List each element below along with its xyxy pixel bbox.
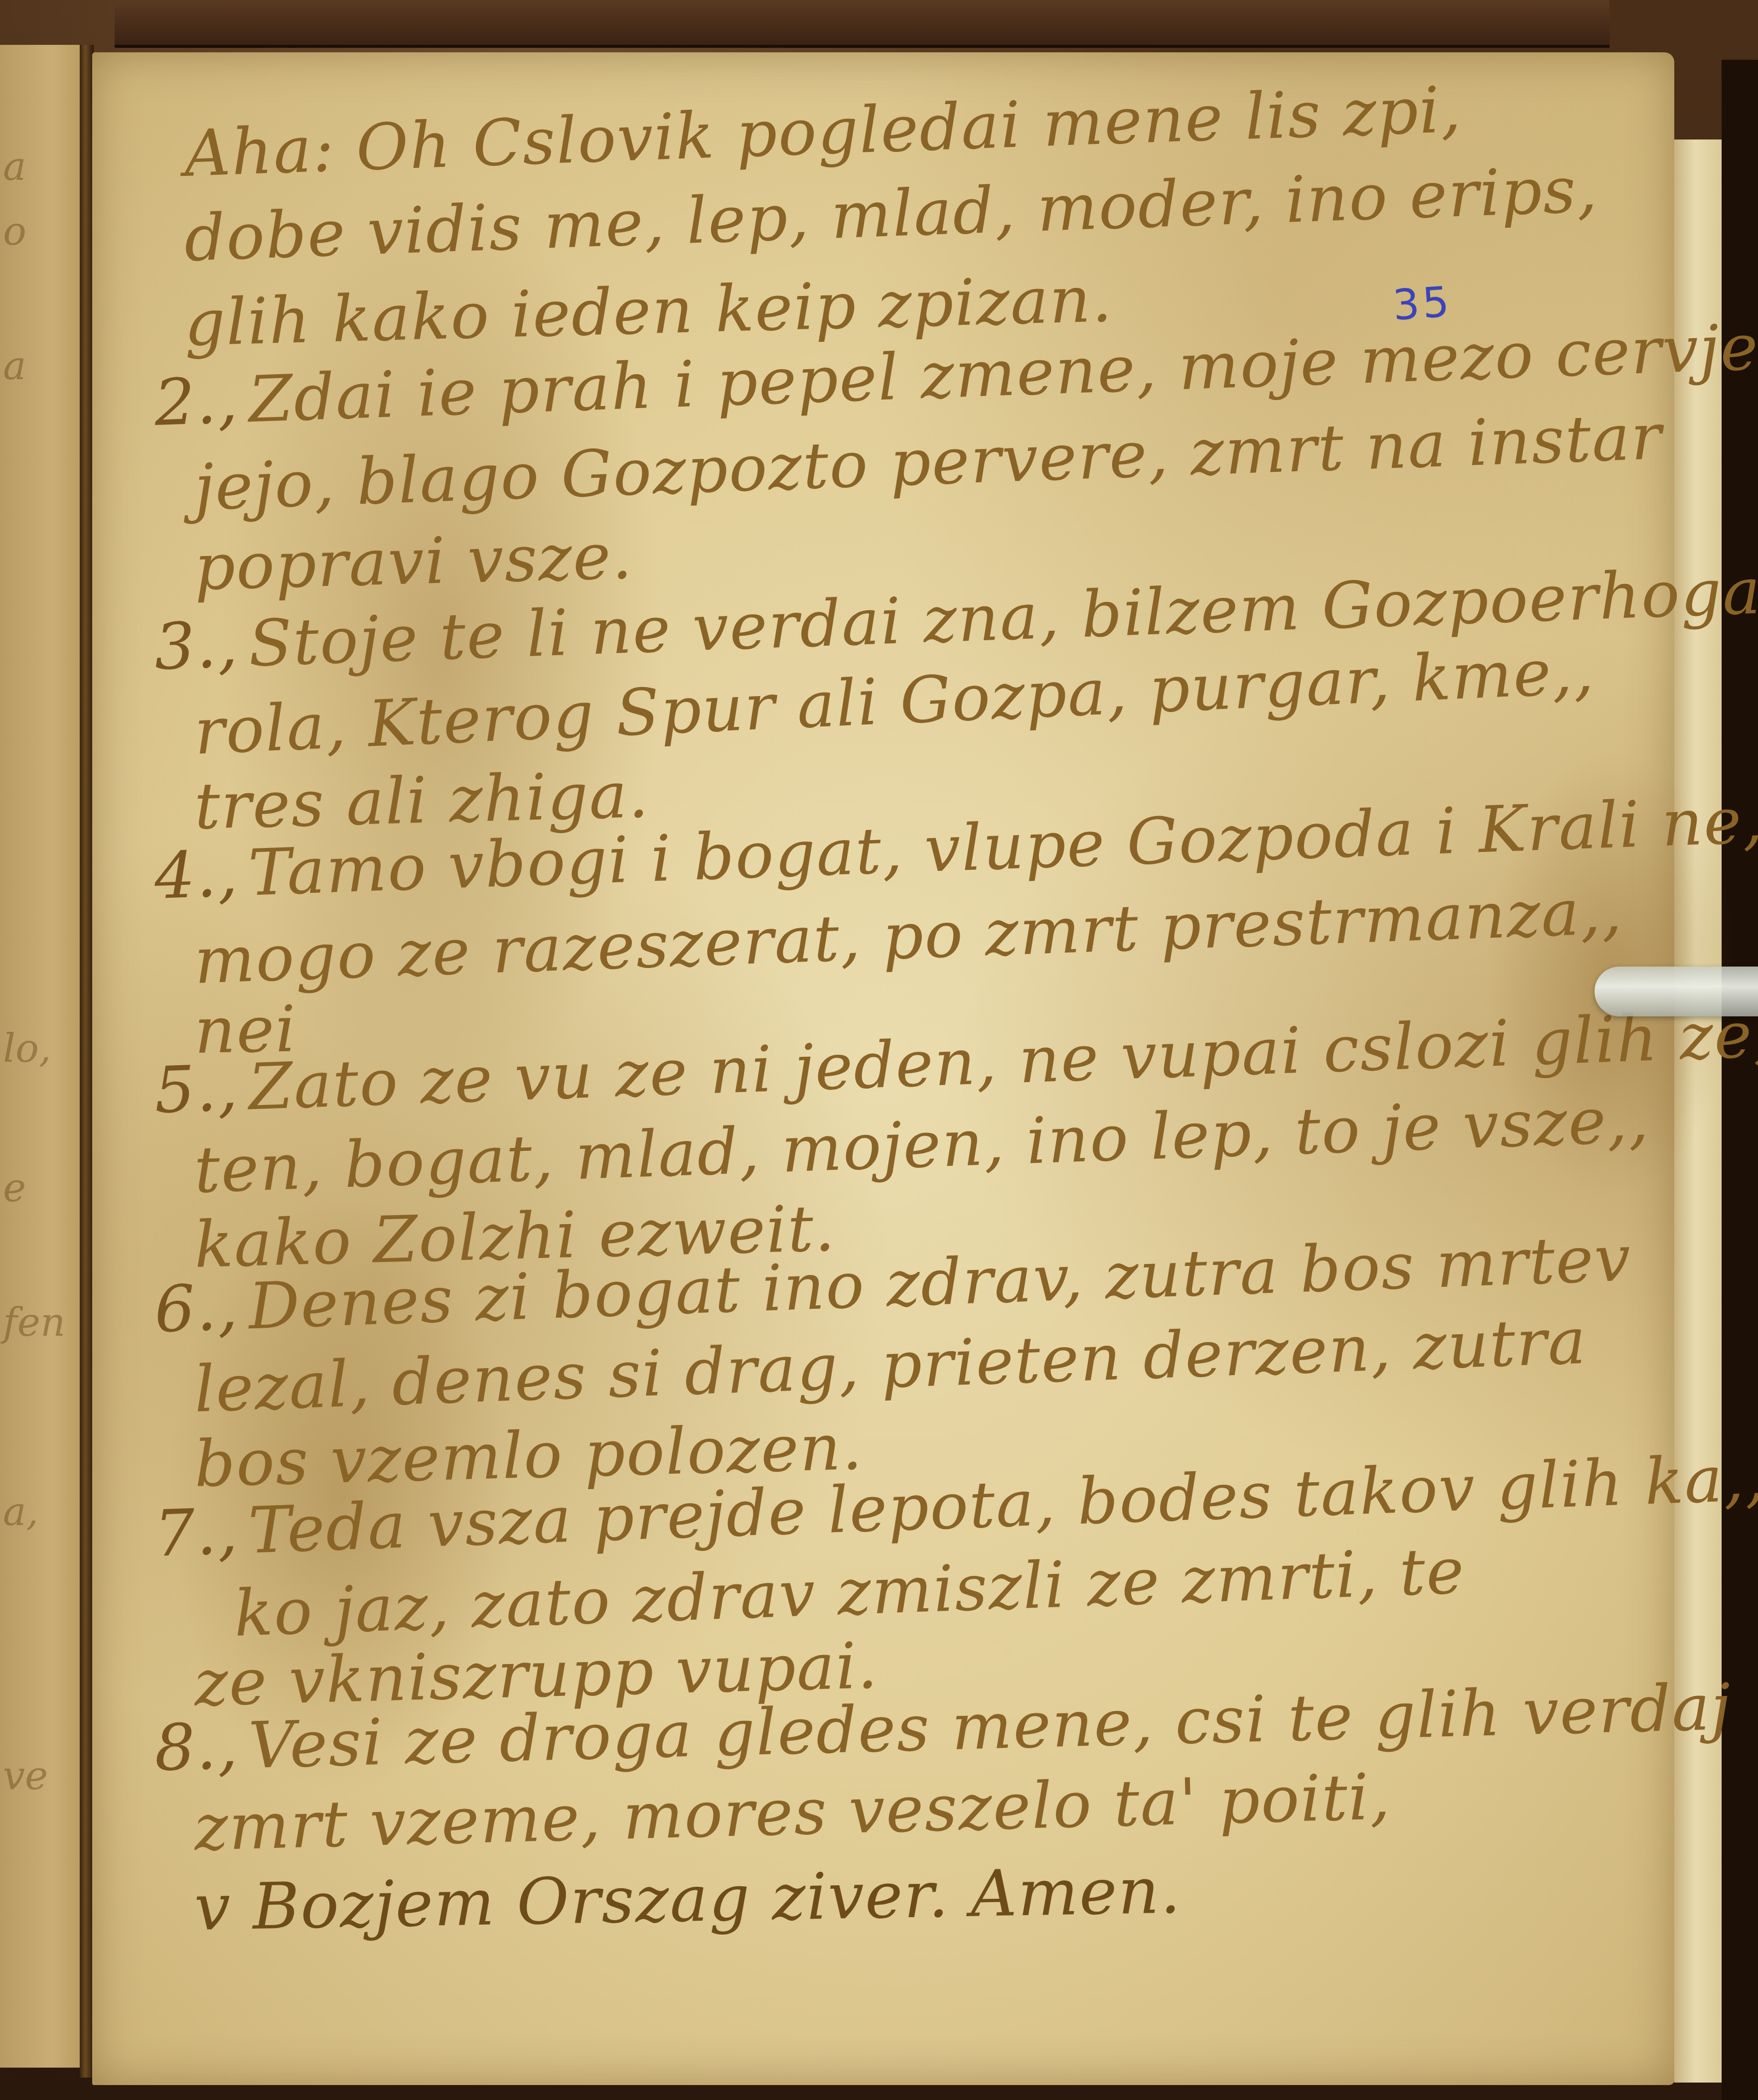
left-page-fragment: ve [3,1754,48,1799]
book-gutter [80,45,94,2078]
verse-number: 7., [153,1494,240,1571]
left-page-fragment: e [3,1166,26,1211]
left-page-fragment: o [3,209,26,254]
verse-2-line-3: popravi vsze. [193,519,634,605]
verse-number: 2., [153,363,240,440]
cover-top-edge [115,0,1610,48]
glass-page-weight [1595,967,1758,1016]
folio-number: 35 [1391,277,1454,330]
verse-number: 3., [153,607,240,685]
verse-number: 5., [153,1051,240,1128]
left-page-fragment: a, [3,1490,38,1535]
manuscript-page: Aha: Oh Cslovik pogledai mene lis zpi, d… [92,52,1674,2085]
left-page-fragment: fen [3,1300,65,1345]
left-page-fragment: a [3,344,26,389]
verse-8-line-3: v Bozjem Orszag ziver. Amen. [194,1853,1182,1945]
left-page: a o a lo, e fen a, ve [0,45,87,2068]
verse-number: 4., [153,837,240,914]
left-page-fragment: lo, [3,1026,51,1071]
verse-number: 6., [153,1270,240,1347]
verse-number: 8., [153,1709,240,1786]
left-page-fragment: a [3,144,26,189]
